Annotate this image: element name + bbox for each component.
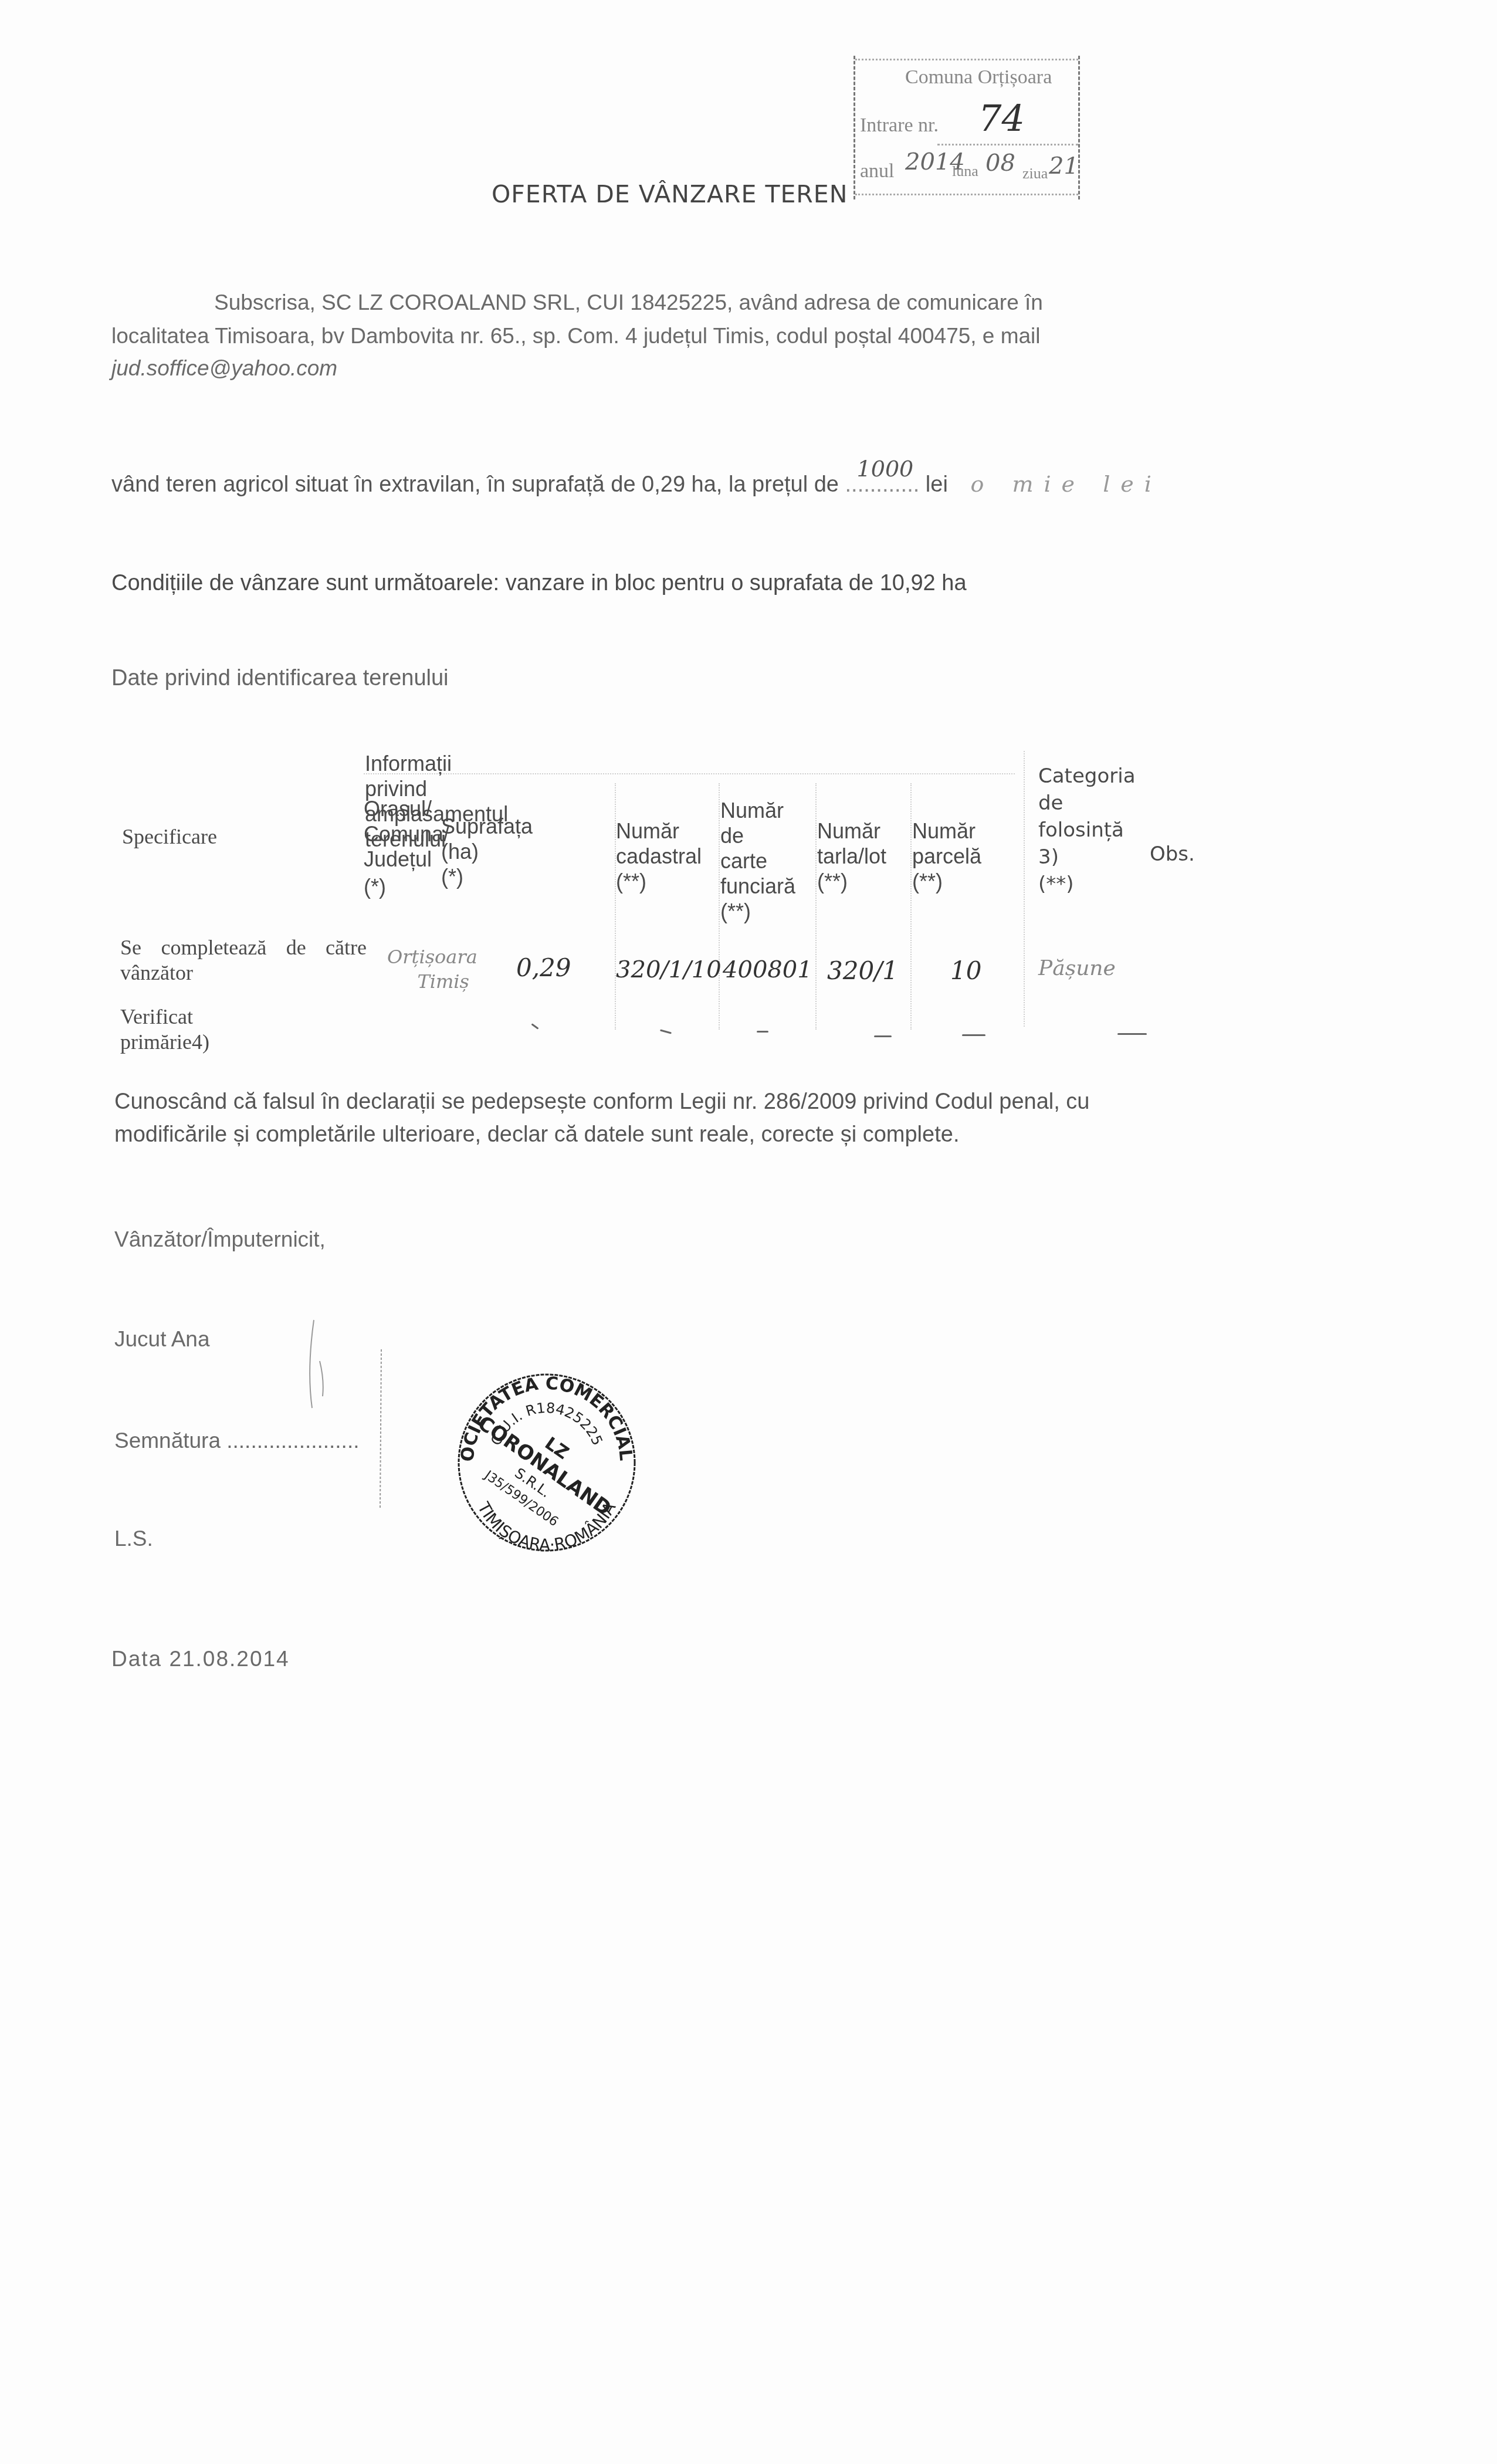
cell-tarla: 320/1 (827, 956, 898, 985)
col-header-area: Suprafața (ha) (*) (441, 814, 517, 889)
stamp-institution: Comuna Orțișoara (905, 66, 1052, 89)
verified-mark-cadastral (660, 1029, 672, 1034)
document-title: OFERTA DE VÂNZARE TEREN (492, 180, 848, 208)
sale-conditions: Condițiile de vânzare sunt următoarele: … (111, 571, 967, 596)
price-words-handwritten: o mie lei (970, 471, 1162, 497)
cell-land-book: 400801 (723, 956, 812, 983)
signer-role: Vânzător/Împuternicit, (114, 1223, 326, 1256)
spec-header: Specificare (122, 824, 217, 849)
stamp-day: 21 (1049, 153, 1079, 180)
verified-mark-land-book (757, 1031, 768, 1033)
col-header-cadastral: Număr cadastral (**) (616, 818, 716, 894)
signer-name: Jucut Ana (114, 1323, 210, 1356)
cell-locality: Orțișoara Timiș (387, 945, 469, 994)
declaration-line-1: Cunoscând că falsul în declarații se ped… (114, 1089, 1089, 1115)
company-seal: SOCIETATEA COMERCIALĂ C.U.I. R18425225 L… (447, 1363, 646, 1562)
stamp-month-label: luna (952, 163, 978, 180)
stamp-entry-label: Intrare nr. (860, 114, 939, 137)
stamp-entry-number: 74 (978, 97, 1025, 140)
col-header-category: Categoria de folosință 3) (**) (1038, 763, 1132, 898)
stamp-year-label: anul (860, 160, 895, 182)
currency-label: lei (926, 472, 948, 497)
row-label-seller: Se completează de către vânzător (120, 935, 367, 986)
col-header-land-book: Număr de carte funciară (**) (720, 798, 814, 924)
col-header-parcel: Număr parcelă (**) (912, 818, 1018, 894)
verified-mark-area (531, 1023, 538, 1029)
intro-email: jud.soffice@yahoo.com (111, 352, 337, 385)
cell-parcel: 10 (950, 956, 981, 985)
verified-mark-parcel (962, 1034, 985, 1036)
document-page: Comuna Orțișoara Intrare nr. 74 anul 201… (0, 0, 1497, 2464)
col-header-obs: Obs. (1150, 842, 1195, 867)
document-date: Data 21.08.2014 (111, 1643, 290, 1676)
intro-line-1: Subscrisa, SC LZ COROALAND SRL, CUI 1842… (214, 286, 1043, 319)
seal-icon: SOCIETATEA COMERCIALĂ C.U.I. R18425225 L… (447, 1363, 646, 1562)
verified-mark-tarla (874, 1035, 892, 1037)
cell-category: Pășune (1038, 956, 1116, 980)
offer-text: vând teren agricol situat în extravilan,… (111, 472, 839, 497)
registration-stamp: Comuna Orțișoara Intrare nr. 74 anul 201… (854, 56, 1080, 199)
land-data-heading: Date privind identificarea terenului (111, 666, 449, 691)
cell-cadastral: 320/1/10 (616, 956, 722, 983)
declaration-line-2: modificările și completările ulterioare,… (114, 1122, 959, 1148)
cell-area: 0,29 (516, 953, 571, 982)
row-label-verified: Verificat primărie4) (120, 1004, 209, 1055)
intro-line-2: localitatea Timisoara, bv Dambovita nr. … (111, 320, 1041, 353)
handwritten-signature (258, 1314, 393, 1514)
col-header-tarla: Număr tarla/lot (**) (817, 818, 911, 894)
ls-label: L.S. (114, 1522, 153, 1555)
offer-line: vând teren agricol situat în extravilan,… (111, 471, 1162, 497)
verified-mark-category (1117, 1033, 1147, 1035)
stamp-month: 08 (985, 150, 1015, 177)
price-handwritten: 1000 (857, 456, 914, 482)
col-header-locality: Orașul/ Comuna/ Județul (*) (364, 796, 440, 899)
stamp-day-label: ziua (1022, 165, 1048, 182)
